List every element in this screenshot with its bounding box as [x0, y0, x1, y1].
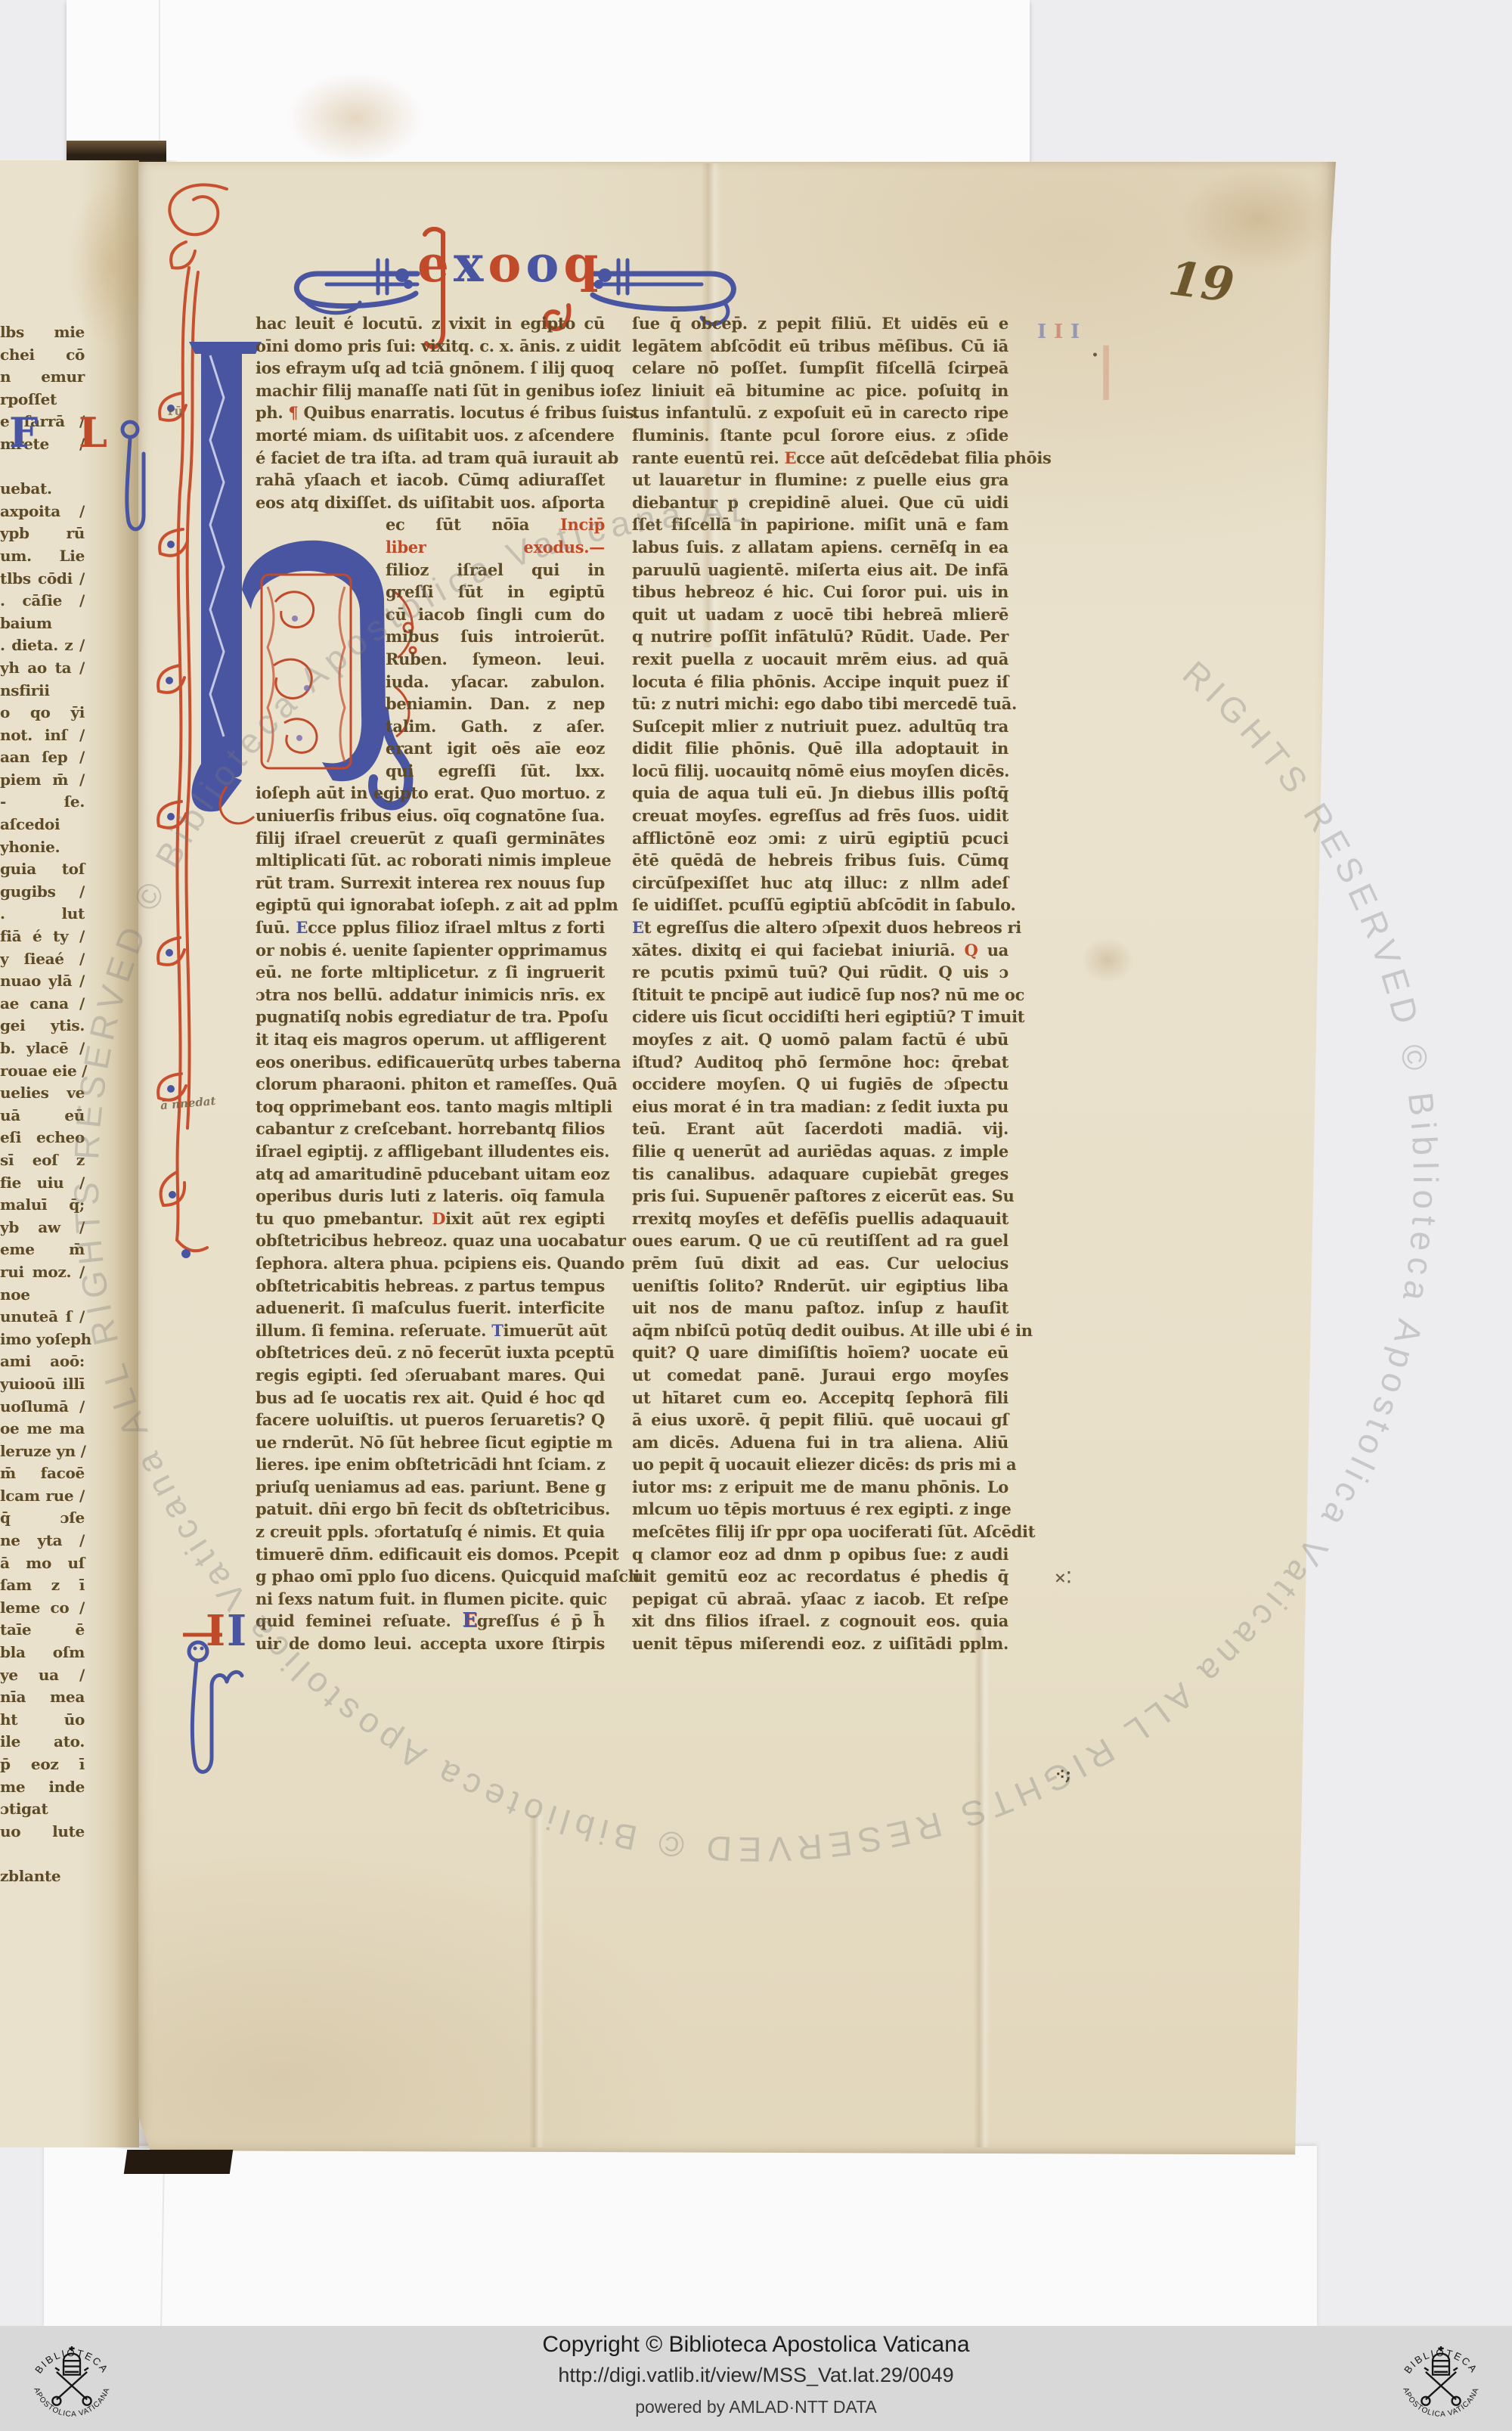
ink-mark: •: [1092, 349, 1098, 361]
ink-mark: I: [206, 1606, 225, 1656]
book-spine-bottom: [124, 2150, 233, 2174]
ink-mark: ⁖;: [1055, 1765, 1071, 1784]
ink-mark: 19: [1166, 250, 1238, 313]
svg-text:APOSTOLICA VATICANA: APOSTOLICA VATICANA: [32, 2386, 112, 2419]
ink-mark: ×⁚: [1054, 1568, 1071, 1586]
ink-mark: F: [9, 408, 38, 457]
copyright-line: Copyright © Biblioteca Apostolica Vatica…: [0, 2332, 1512, 2358]
ink-mark: |: [1096, 336, 1116, 400]
scan-viewer-page: lbs miechei cōn emurrpoſſete ſarrā /mret…: [0, 0, 1512, 2431]
ink-mark: I: [1070, 321, 1080, 343]
ink-mark: I: [1054, 321, 1063, 343]
powered-by-line: powered by AMLAD·NTT DATA: [0, 2397, 1512, 2417]
annotation-marks-layer: 19III|IIā nnedat×⁚⁖;•FLrū: [0, 0, 1512, 2431]
ink-mark: rū: [168, 404, 183, 418]
footer-bar: Copyright © Biblioteca Apostolica Vatica…: [0, 2326, 1512, 2431]
ink-mark: ā nnedat: [160, 1094, 216, 1112]
svg-text:APOSTOLICA VATICANA: APOSTOLICA VATICANA: [1401, 2386, 1481, 2419]
vatican-library-seal-right: BIBLIOTECA APOSTOLICA VATICANA: [1393, 2330, 1489, 2427]
ink-mark: I: [1037, 321, 1046, 343]
vatican-library-seal-left: BIBLIOTECA APOSTOLICA VATICANA: [23, 2330, 120, 2427]
ink-mark: I: [227, 1606, 246, 1656]
ink-mark: L: [79, 408, 107, 457]
source-url: http://digi.vatlib.it/view/MSS_Vat.lat.2…: [0, 2364, 1512, 2387]
